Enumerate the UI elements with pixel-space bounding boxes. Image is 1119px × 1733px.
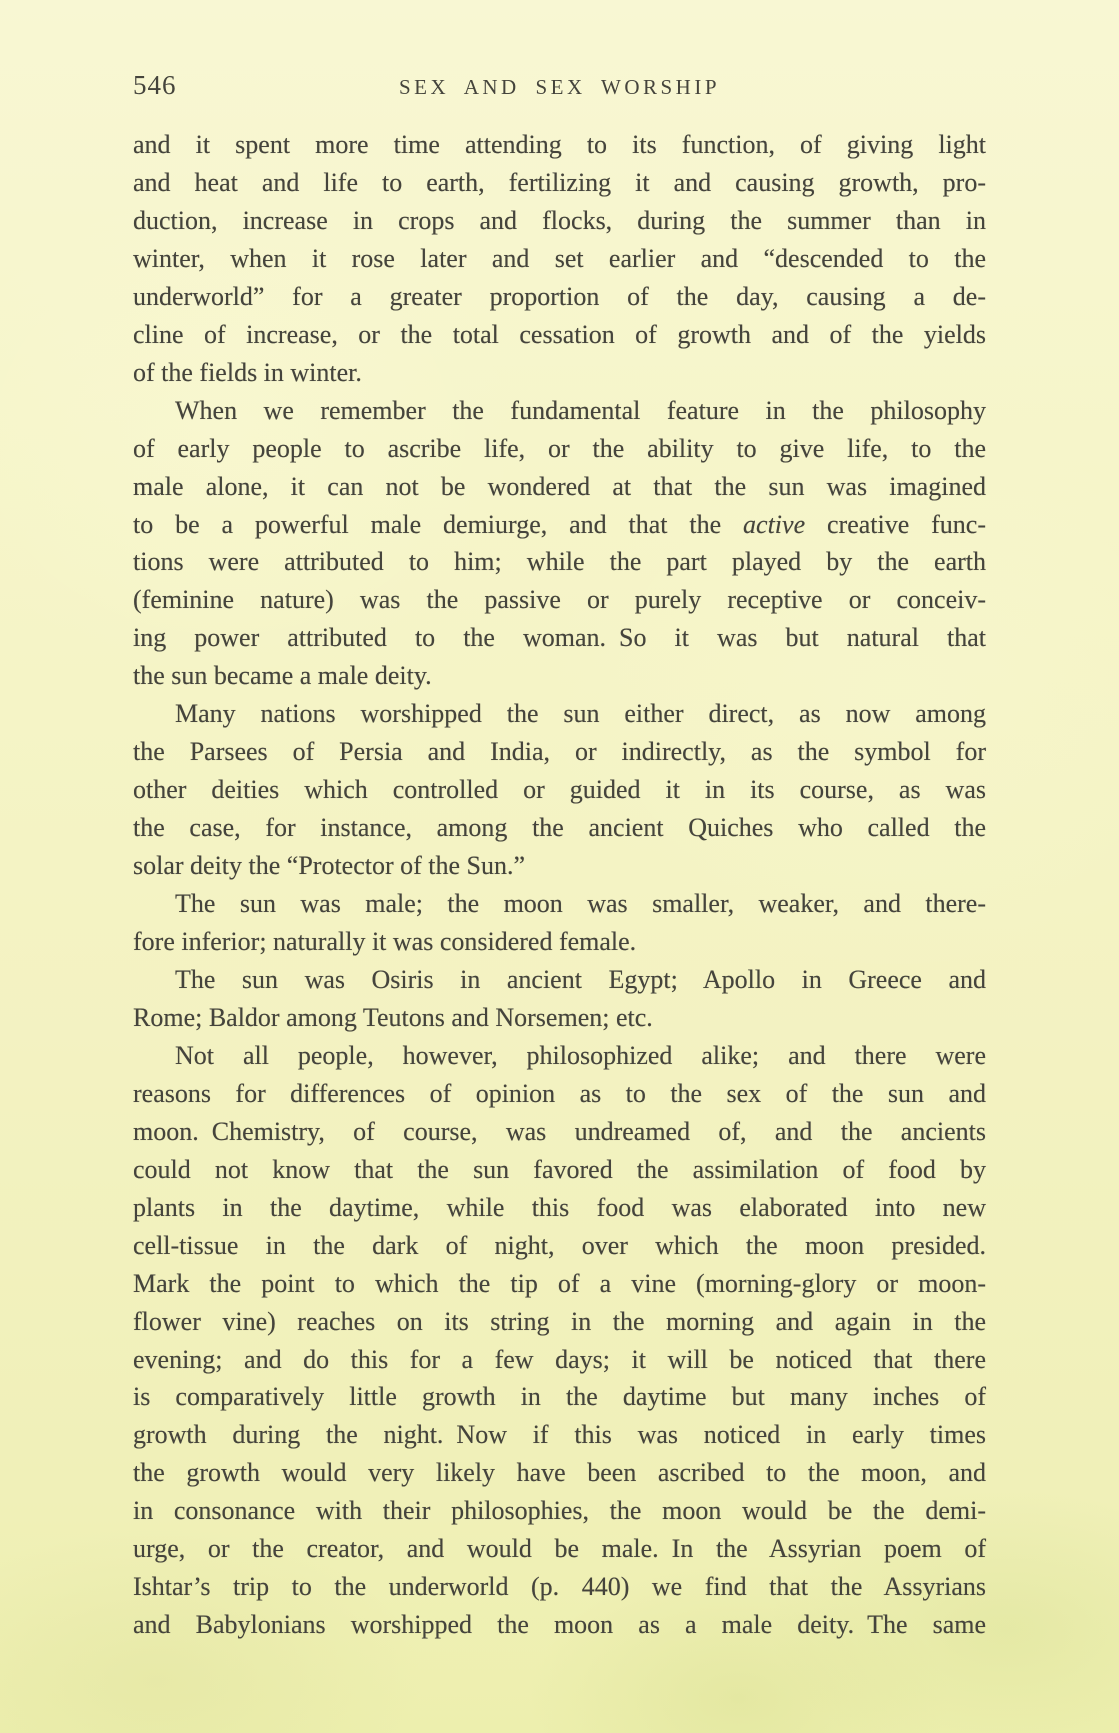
paragraph: The sun was male; the moon was smaller, … — [133, 885, 986, 961]
text-line: the growth would very likely have been a… — [133, 1454, 986, 1492]
text-line: The sun was male; the moon was smaller, … — [133, 885, 986, 923]
text-line: cline of increase, or the total cessatio… — [133, 316, 986, 354]
text-line: plants in the daytime, while this food w… — [133, 1189, 986, 1227]
text-line: The sun was Osiris in ancient Egypt; Apo… — [133, 961, 986, 999]
text-line: underworld” for a greater proportion of … — [133, 278, 986, 316]
text-line: Mark the point to which the tip of a vin… — [133, 1265, 986, 1303]
text-line: is comparatively little growth in the da… — [133, 1378, 986, 1416]
text-line: could not know that the sun favored the … — [133, 1151, 986, 1189]
paragraph: The sun was Osiris in ancient Egypt; Apo… — [133, 961, 986, 1037]
text-line: other deities which controlled or guided… — [133, 771, 986, 809]
text-line: growth during the night. Now if this was… — [133, 1416, 986, 1454]
text-line: ing power attributed to the woman. So it… — [133, 619, 986, 657]
text-line: Rome; Baldor among Teutons and Norsemen;… — [133, 999, 986, 1037]
paragraph: When we remember the fundamental feature… — [133, 392, 986, 696]
text-line: urge, or the creator, and would be male.… — [133, 1530, 986, 1568]
text-line: moon. Chemistry, of course, was undreame… — [133, 1113, 986, 1151]
running-title: SEX AND SEX WORSHIP — [133, 77, 986, 98]
text-line: reasons for differences of opinion as to… — [133, 1075, 986, 1113]
text-line: male alone, it can not be wondered at th… — [133, 468, 986, 506]
text-line: tions were attributed to him; while the … — [133, 543, 986, 581]
text-line: winter, when it rose later and set earli… — [133, 240, 986, 278]
paragraph: and it spent more time attending to its … — [133, 126, 986, 392]
text-line: of the fields in winter. — [133, 354, 986, 392]
text-line: solar deity the “Protector of the Sun.” — [133, 847, 986, 885]
text-line: cell-tissue in the dark of night, over w… — [133, 1227, 986, 1265]
text-line: the case, for instance, among the ancien… — [133, 809, 986, 847]
paragraph: Not all people, however, philosophized a… — [133, 1037, 986, 1644]
text-line: When we remember the fundamental feature… — [133, 392, 986, 430]
body-text: and it spent more time attending to its … — [133, 126, 986, 1644]
text-line: to be a powerful male demiurge, and that… — [133, 506, 986, 544]
text-line: (feminine nature) was the passive or pur… — [133, 581, 986, 619]
text-line: flower vine) reaches on its string in th… — [133, 1303, 986, 1341]
paragraph: Many nations worshipped the sun either d… — [133, 695, 986, 885]
text-line: and it spent more time attending to its … — [133, 126, 986, 164]
text-line: the sun became a male deity. — [133, 657, 986, 695]
text-line: and Babylonians worshipped the moon as a… — [133, 1606, 986, 1644]
text-line: Not all people, however, philosophized a… — [133, 1037, 986, 1075]
text-line: of early people to ascribe life, or the … — [133, 430, 986, 468]
book-page: 546 SEX AND SEX WORSHIP and it spent mor… — [0, 0, 1119, 1733]
text-line: in consonance with their philosophies, t… — [133, 1492, 986, 1530]
text-line: evening; and do this for a few days; it … — [133, 1341, 986, 1379]
text-line: Many nations worshipped the sun either d… — [133, 695, 986, 733]
text-line: Ishtar’s trip to the underworld (p. 440)… — [133, 1568, 986, 1606]
text-line: fore inferior; naturally it was consider… — [133, 923, 986, 961]
text-line: the Parsees of Persia and India, or indi… — [133, 733, 986, 771]
text-line: and heat and life to earth, fertilizing … — [133, 164, 986, 202]
text-line: duction, increase in crops and flocks, d… — [133, 202, 986, 240]
